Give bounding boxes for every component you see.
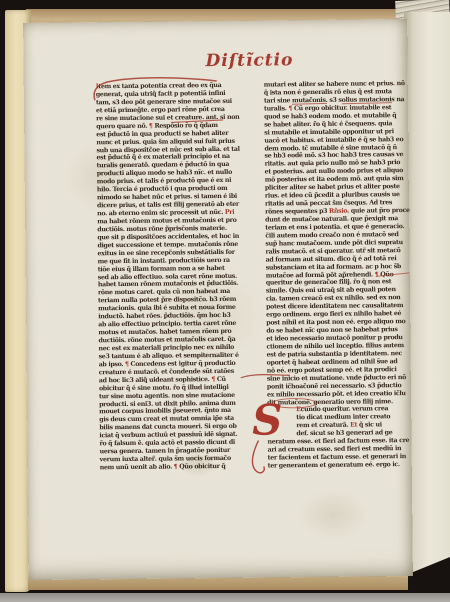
text-line: nem unũ uenit ab alio. ¶ Qũo obicitur q̃ <box>100 463 260 473</box>
rubric-text: I <box>96 83 99 90</box>
rubric-text: Rñsio <box>329 208 347 215</box>
drop-cap-initial: S <box>244 398 291 446</box>
rubric-text: ¶ <box>174 463 178 470</box>
rubric-text: ¶ <box>125 361 129 368</box>
rubric-text: ¶ <box>211 376 215 383</box>
page-stain <box>298 489 369 540</box>
scanner-bed-strip <box>0 593 450 602</box>
manuscript-page: Diſtĩctio Item ex tanta potentia creat d… <box>23 19 413 580</box>
rubric-text: ¶ <box>149 122 153 129</box>
rubric-text: E <box>296 407 301 414</box>
text-column-left: Item ex tanta potentia creat deo ex q̃ua… <box>96 82 260 473</box>
text-line: ter generantem et generatum eé. ergo ic. <box>268 461 418 471</box>
rubric-text: Pri <box>225 209 234 216</box>
rubric-text: Et <box>350 422 357 429</box>
rubric-text: ¶ <box>288 105 292 112</box>
book-photograph: { "header": { "title": "Diſtĩctio" }, "c… <box>0 0 450 602</box>
running-title: Diſtĩctio <box>169 50 329 72</box>
rubric-text: ¶ <box>375 271 379 278</box>
